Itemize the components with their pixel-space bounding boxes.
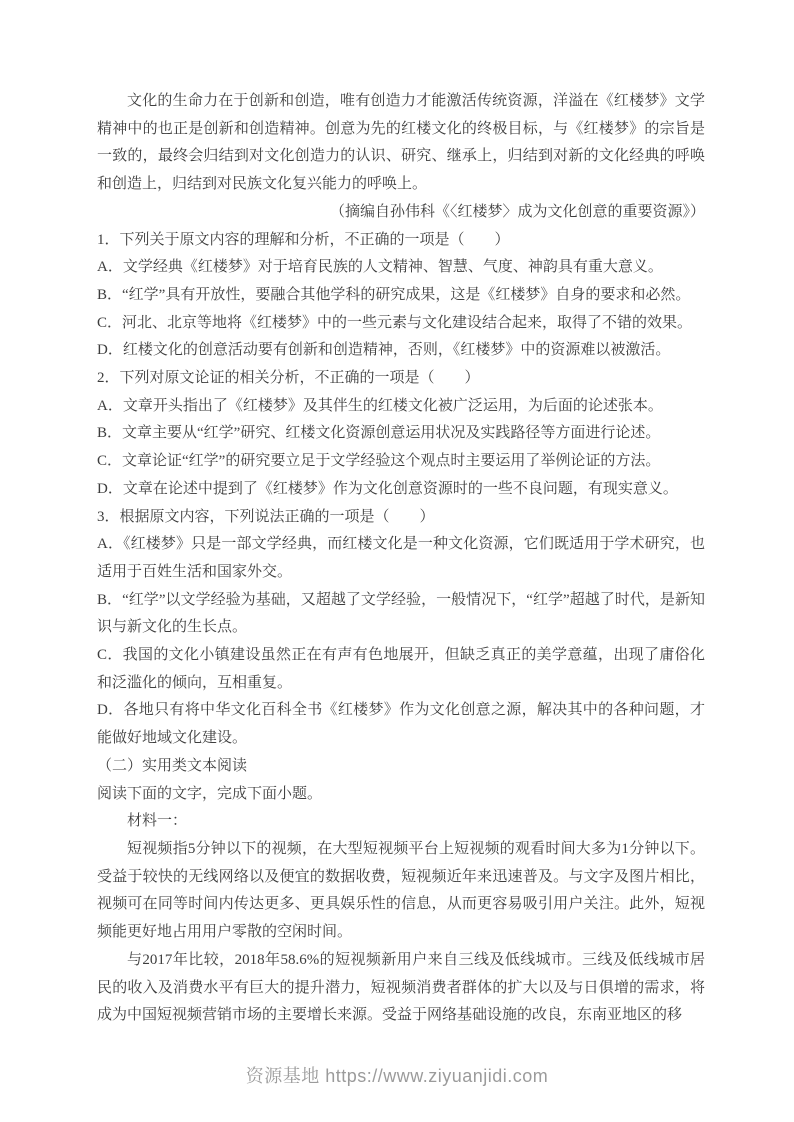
- question-1-option-c: C．河北、北京等地将《红楼梦》中的一些元素与文化建设结合起来，取得了不错的效果。: [97, 310, 705, 338]
- document-content: 文化的生命力在于创新和创造，唯有创造力才能激活传统资源，洋溢在《红楼梦》文学精神…: [97, 88, 705, 1030]
- material-one-paragraph-2: 与2017年比较，2018年58.6%的短视频新用户来自三线及低线城市。三线及低…: [97, 947, 705, 1030]
- question-2-option-d: D．文章在论述中提到了《红楼梦》作为文化创意资源时的一些不良问题，有现实意义。: [97, 476, 705, 504]
- question-2-option-c: C．文章论证“红学”的研究要立足于文学经验这个观点时主要运用了举例论证的方法。: [97, 448, 705, 476]
- question-1-option-b: B．“红学”具有开放性，要融合其他学科的研究成果，这是《红楼梦》自身的要求和必然…: [97, 282, 705, 310]
- question-3-option-c: C．我国的文化小镇建设虽然正在有声有色地展开，但缺乏真正的美学意蕴，出现了庸俗化…: [97, 642, 705, 697]
- intro-paragraph: 文化的生命力在于创新和创造，唯有创造力才能激活传统资源，洋溢在《红楼梦》文学精神…: [97, 88, 705, 199]
- footer-site-link[interactable]: 资源基地 https://www.ziyuanjidi.com: [246, 1066, 549, 1086]
- footer-watermark: 资源基地 https://www.ziyuanjidi.com: [0, 1063, 794, 1089]
- question-2-stem: 2．下列对原文论证的相关分析，不正确的一项是（ ）: [97, 365, 705, 393]
- citation-line: （摘编自孙伟科《〈红楼梦〉成为文化创意的重要资源》）: [97, 199, 705, 227]
- material-one-paragraph-1: 短视频指5分钟以下的视频，在大型短视频平台上短视频的观看时间大多为1分钟以下。受…: [97, 836, 705, 947]
- question-3-option-a: A．《红楼梦》只是一部文学经典，而红楼文化是一种文化资源，它们既适用于学术研究，…: [97, 531, 705, 586]
- question-1-stem: 1．下列关于原文内容的理解和分析，不正确的一项是（ ）: [97, 227, 705, 255]
- question-2-option-b: B．文章主要从“红学”研究、红楼文化资源创意运用状况及实践路径等方面进行论述。: [97, 420, 705, 448]
- question-1-option-a: A．文学经典《红楼梦》对于培育民族的人文精神、智慧、气度、神韵具有重大意义。: [97, 254, 705, 282]
- question-2-option-a: A．文章开头指出了《红楼梦》及其伴生的红楼文化被广泛运用，为后面的论述张本。: [97, 393, 705, 421]
- question-3-option-d: D．各地只有将中华文化百科全书《红楼梦》作为文化创意之源，解决其中的各种问题，才…: [97, 697, 705, 752]
- question-3-stem: 3．根据原文内容，下列说法正确的一项是（ ）: [97, 504, 705, 532]
- question-3-option-b: B．“红学”以文学经验为基础，又超越了文学经验，一般情况下，“红学”超越了时代，…: [97, 587, 705, 642]
- material-one-label: 材料一：: [97, 808, 705, 836]
- section-two-heading: （二）实用类文本阅读: [97, 753, 705, 781]
- section-two-instruction: 阅读下面的文字，完成下面小题。: [97, 781, 705, 809]
- question-1-option-d: D．红楼文化的创意活动要有创新和创造精神，否则，《红楼梦》中的资源难以被激活。: [97, 337, 705, 365]
